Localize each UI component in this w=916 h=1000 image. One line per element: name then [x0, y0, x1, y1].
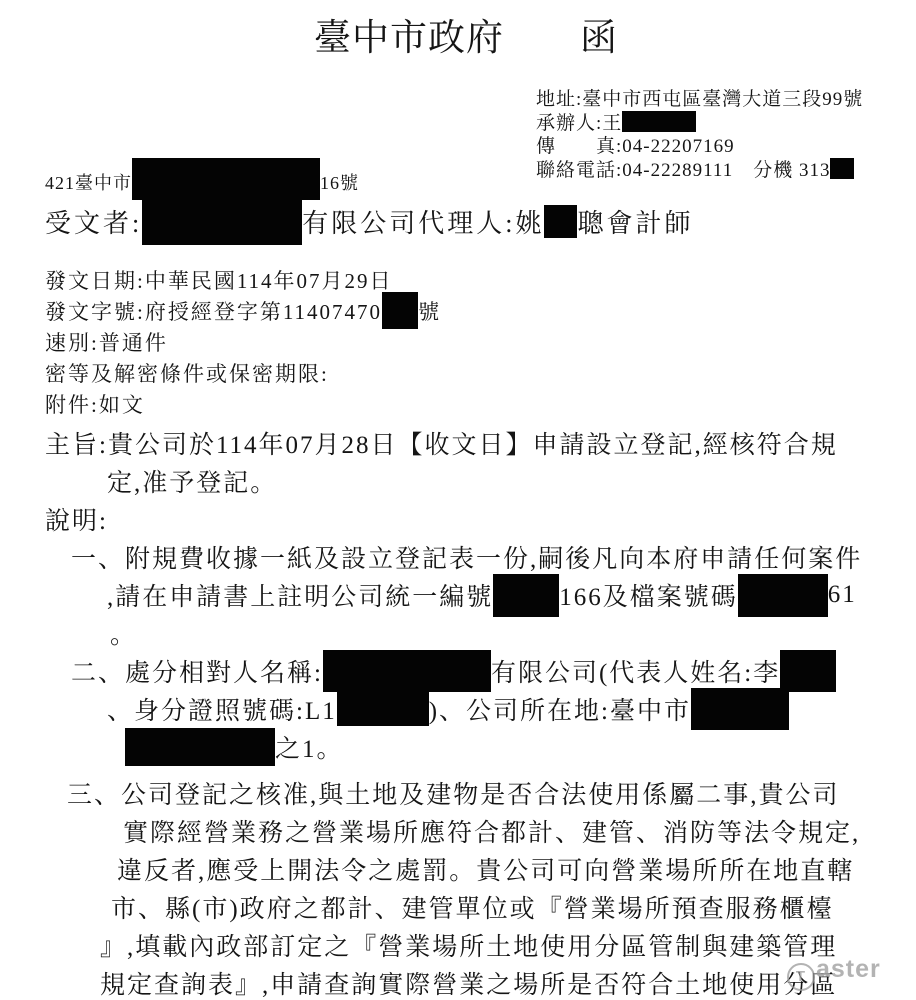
- item2-line: 、身分證照號碼:L1)、公司所在地:臺中市: [107, 690, 905, 728]
- document-title: 臺中市政府 函: [314, 16, 618, 62]
- text-segment: 發文字號:府授經登字第11407470: [45, 296, 382, 326]
- redaction-box: [142, 199, 302, 245]
- item1-line: ,請在申請書上註明公司統一編號166及檔案號碼61: [107, 576, 905, 614]
- subject-line: 主旨:貴公司於114年07月28日【收文日】申請設立登記,經核符合規: [45, 424, 905, 462]
- text-segment: 一、附規費收據一紙及設立登記表一份,嗣後凡向本府申請任何案件: [71, 539, 862, 575]
- text-segment: 說明:: [45, 501, 108, 537]
- text-segment: 有限公司(代表人姓名:李: [491, 653, 780, 689]
- text-segment: 之1。: [275, 729, 344, 765]
- contact-phone-line: 聯絡電話:04-22289111 分機 313: [536, 157, 863, 181]
- subject-line: 定,准予登記。: [107, 462, 905, 500]
- redaction-box: [544, 205, 577, 238]
- meta-attachment-line: 附件:如文: [45, 388, 441, 419]
- redaction-box: [382, 292, 418, 329]
- text-segment: 實際經營業務之營業場所應符合都計、建管、消防等法令規定,: [123, 813, 860, 849]
- watermark: Taster: [787, 955, 881, 991]
- contact-address-line: 地址:臺中市西屯區臺灣大道三段99號: [536, 86, 863, 110]
- meta-security-line: 密等及解密條件或保密期限:: [45, 357, 441, 388]
- text-segment: 附件:如文: [45, 389, 145, 419]
- text-segment: 166及檔案號碼: [559, 577, 738, 613]
- recipient-zip-address-line: 421臺中市16號: [45, 156, 359, 200]
- text-segment: 密等及解密條件或保密期限:: [45, 358, 329, 388]
- text-segment: 。: [110, 615, 137, 651]
- meta-block: 發文日期:中華民國114年07月29日 發文字號:府授經登字第11407470號…: [45, 264, 441, 419]
- explanation-label: 說明:: [45, 500, 905, 538]
- document-body: 主旨:貴公司於114年07月28日【收文日】申請設立登記,經核符合規 定,准予登…: [45, 424, 905, 1000]
- text-segment: 16號: [320, 169, 359, 200]
- text-segment: 違反者,應受上開法令之處罰。貴公司可向營業場所所在地直轄: [117, 851, 854, 887]
- text-segment: 速別:普通件: [45, 327, 168, 357]
- redaction-box: [830, 158, 854, 179]
- item2-line: 之1。: [125, 728, 905, 766]
- text-segment: 二、處分相對人名稱:: [71, 653, 323, 689]
- redaction-box: [622, 111, 696, 132]
- item3-line: 實際經營業務之營業場所應符合都計、建管、消防等法令規定,: [123, 812, 905, 850]
- item3-line: 三、公司登記之核准,與土地及建物是否合法使用係屬二事,貴公司: [67, 774, 905, 812]
- contact-block: 地址:臺中市西屯區臺灣大道三段99號 承辦人:王 傳 真:04-22207169…: [536, 86, 863, 180]
- text-segment: 市、縣(市)政府之都計、建管單位或『營業場所預查服務櫃檯: [111, 889, 834, 925]
- text-segment: 有限公司代理人:姚: [302, 203, 544, 240]
- contact-fax-line: 傳 真:04-22207169: [536, 133, 863, 157]
- text-segment: ,請在申請書上註明公司統一編號: [107, 577, 493, 613]
- text-segment: )、公司所在地:臺中市: [429, 691, 691, 727]
- meta-speed-line: 速別:普通件: [45, 326, 441, 357]
- text-segment: 主旨:貴公司於114年07月28日【收文日】申請設立登記,經核符合規: [45, 425, 838, 461]
- item3-line: 違反者,應受上開法令之處罰。貴公司可向營業場所所在地直轄: [117, 850, 905, 888]
- text-segment: 受文者:: [45, 203, 142, 240]
- recipient-line: 受文者:有限公司代理人:姚聰會計師: [45, 197, 693, 246]
- text-segment: 聯絡電話:04-22289111 分機 313: [536, 155, 830, 182]
- text-segment: 61: [828, 581, 857, 609]
- text-segment: 421臺中市: [45, 169, 132, 200]
- redaction-box: [337, 692, 429, 726]
- item3-line: 』,填載內政部訂定之『營業場所土地使用分區管制與建築管理: [100, 926, 905, 964]
- text-segment: 』,填載內政部訂定之『營業場所土地使用分區管制與建築管理: [100, 927, 837, 963]
- redaction-box: [780, 650, 836, 692]
- text-segment: 聰會計師: [577, 203, 693, 240]
- item1-line: 一、附規費收據一紙及設立登記表一份,嗣後凡向本府申請任何案件: [71, 538, 905, 576]
- text-segment: 定,准予登記。: [107, 463, 277, 499]
- redaction-box: [691, 688, 789, 730]
- redaction-box: [132, 158, 320, 200]
- watermark-text: aster: [816, 955, 881, 983]
- contact-officer-line: 承辦人:王: [536, 110, 863, 134]
- meta-issue-date-line: 發文日期:中華民國114年07月29日: [45, 264, 441, 295]
- text-segment: 號: [418, 296, 441, 326]
- item3-line: 規定查詢表』,申請查詢實際營業之場所是否符合土地使用分區: [100, 964, 905, 1000]
- item3-line: 市、縣(市)政府之都計、建管單位或『營業場所預查服務櫃檯: [111, 888, 905, 926]
- item1-line: 。: [110, 614, 905, 652]
- text-segment: 、身分證照號碼:L1: [107, 691, 337, 727]
- document-page: 臺中市政府 函 地址:臺中市西屯區臺灣大道三段99號 承辦人:王 傳 真:04-…: [0, 0, 916, 1000]
- redaction-box: [493, 574, 559, 617]
- text-segment: 發文日期:中華民國114年07月29日: [45, 265, 393, 295]
- text-segment: 三、公司登記之核准,與土地及建物是否合法使用係屬二事,貴公司: [67, 775, 840, 811]
- item2-line: 二、處分相對人名稱:有限公司(代表人姓名:李: [71, 652, 905, 690]
- redaction-box: [125, 728, 275, 766]
- redaction-box: [323, 650, 491, 692]
- redaction-box: [738, 574, 828, 617]
- text-segment: 規定查詢表』,申請查詢實際營業之場所是否符合土地使用分區: [100, 965, 837, 1000]
- meta-doc-number-line: 發文字號:府授經登字第11407470號: [45, 295, 441, 326]
- watermark-circle-letter: T: [787, 963, 815, 991]
